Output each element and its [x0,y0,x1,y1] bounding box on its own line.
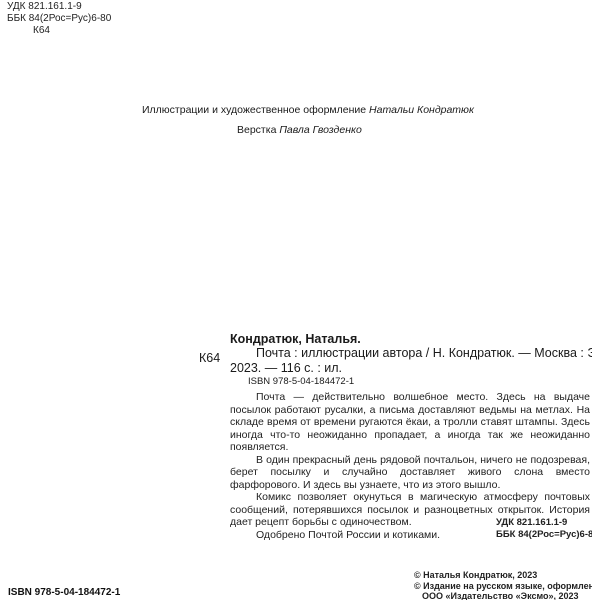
illustrations-label: Иллюстрации и художественное оформление [142,104,366,116]
card-description: Почта : иллюстрации автора / Н. Кондратю… [230,346,590,376]
isbn-bottom: ISBN 978-5-04-184472-1 [8,587,120,599]
illustrations-credit: Иллюстрации и художественное оформление … [142,104,474,117]
classification-bottom: УДК 821.161.1-9 ББК 84(2Рос=Рус)6-80 [496,517,592,540]
udk-code-bottom: УДК 821.161.1-9 [496,517,592,529]
card-author-mark: К64 [199,351,220,366]
card-author: Кондратюк, Наталья. [230,332,361,347]
copyright-block: © Наталья Кондратюк, 2023 © Издание на р… [414,570,592,600]
card-description-line-1: Почта : иллюстрации автора / Н. Кондратю… [230,346,590,361]
bbk-code-bottom: ББК 84(2Рос=Рус)6-80 [496,529,592,541]
layout-designer-name: Павла Гвозденко [279,124,361,136]
udk-code: УДК 821.161.1-9 [7,1,111,13]
classification-top: УДК 821.161.1-9 ББК 84(2Рос=Рус)6-80 К64 [7,1,111,37]
copyright-publisher: ООО «Издательство «Эксмо», 2023 [414,591,592,600]
bbk-code: ББК 84(2Рос=Рус)6-80 [7,13,111,25]
card-isbn: ISBN 978-5-04-184472-1 [248,376,354,388]
copyright-author: © Наталья Кондратюк, 2023 [414,570,592,581]
annotation-paragraph: Почта — действительно волшебное место. З… [230,391,590,454]
layout-credit: Верстка Павла Гвозденко [237,124,362,137]
card-description-line-2: 2023. — 116 с. : ил. [230,361,590,376]
layout-label: Верстка [237,124,276,136]
copyright-edition: © Издание на русском языке, оформление. [414,581,592,592]
annotation-paragraph: В один прекрасный день рядовой почтальон… [230,454,590,492]
author-mark: К64 [7,25,111,37]
illustrator-name: Натальи Кондратюк [369,104,474,116]
